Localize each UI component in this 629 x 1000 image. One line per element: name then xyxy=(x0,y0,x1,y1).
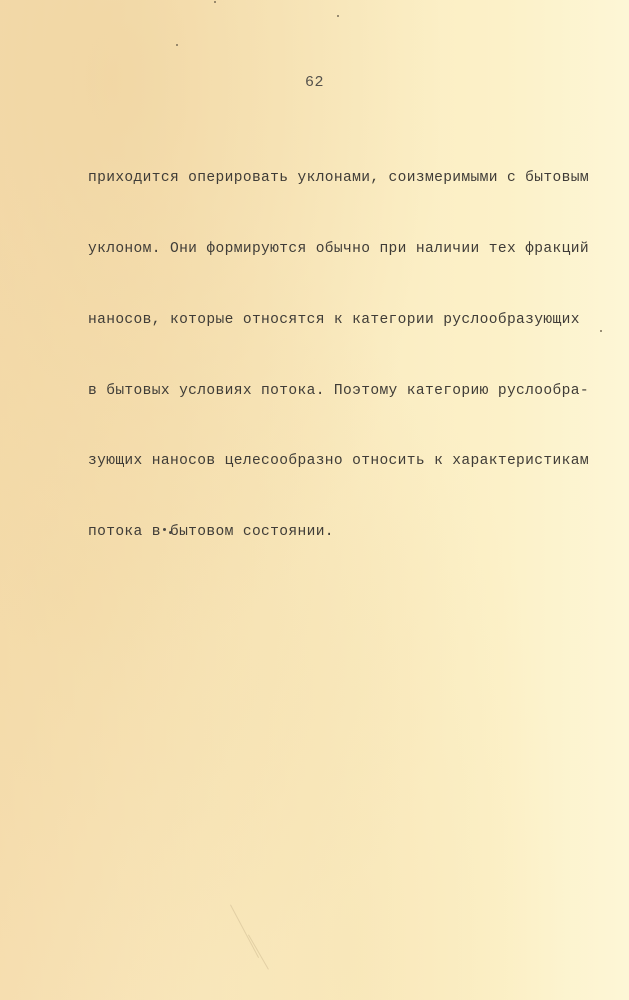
document-page: 62 приходится оперировать уклонами, соиз… xyxy=(0,0,629,1000)
paper-speck xyxy=(214,1,216,3)
paper-scratch xyxy=(230,905,259,958)
text-line: уклоном. Они формируются обычно при нали… xyxy=(88,238,618,262)
text-line: приходится оперировать уклонами, соизмер… xyxy=(88,167,618,191)
paper-speck xyxy=(337,15,339,17)
text-line: зующих наносов целесообразно относить к … xyxy=(88,450,618,474)
text-line: наносов, которые относятся к категории р… xyxy=(88,309,618,333)
text-line: потока в бытовом состоянии. xyxy=(88,521,618,545)
paper-speck xyxy=(176,44,178,46)
text-line: в бытовых условиях потока. Поэтому катег… xyxy=(88,380,618,404)
paper-scratch xyxy=(248,935,269,970)
paper-speck xyxy=(600,330,602,332)
page-number: 62 xyxy=(0,74,629,91)
paper-speck xyxy=(163,528,166,531)
paper-speck xyxy=(169,531,172,534)
body-paragraph: приходится оперировать уклонами, соизмер… xyxy=(88,120,618,592)
